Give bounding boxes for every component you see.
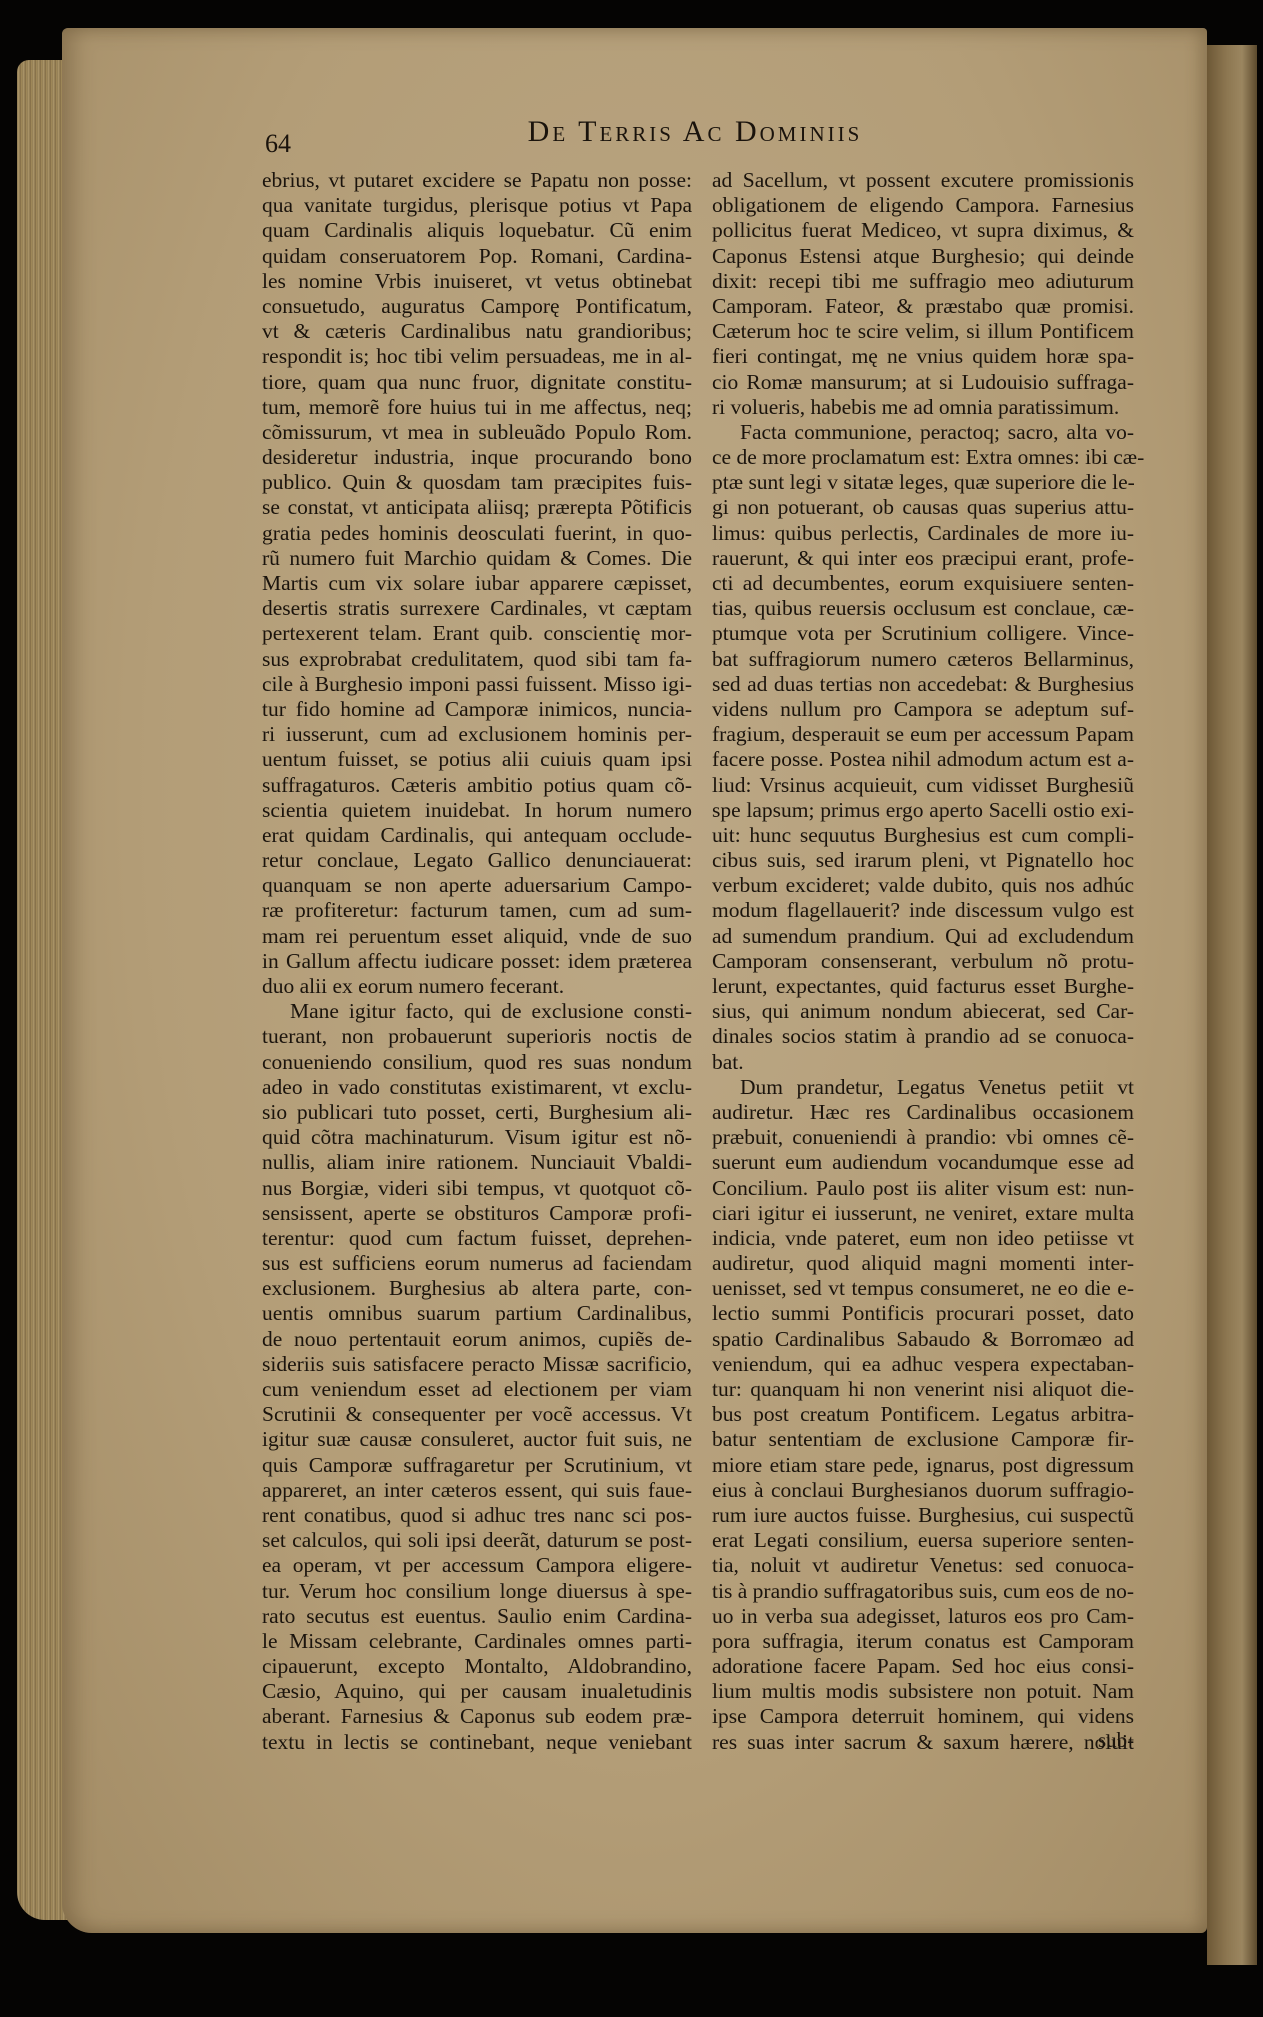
text-line: vt & cæteris Cardinalibus natu grandiori… bbox=[262, 319, 692, 344]
text-line: ptumque vota per Scrutinium colligere. V… bbox=[712, 621, 1134, 646]
text-line: ri iusserunt, cum ad exclusionem hominis… bbox=[262, 722, 692, 747]
text-line: le Missam celebrante, Cardinales omnes p… bbox=[262, 1629, 692, 1654]
text-line: terentur: quod cum factum fuisset, depre… bbox=[262, 1226, 692, 1251]
text-line: erat quidam Cardinalis, qui antequam occ… bbox=[262, 823, 692, 848]
text-line: spatio Cardinalibus Sabaudo & Borromæo a… bbox=[712, 1327, 1134, 1352]
text-line: uo in verba sua adegisset, laturos eos p… bbox=[712, 1604, 1134, 1629]
text-line: desideretur industria, inque procurando … bbox=[262, 445, 692, 470]
text-line: limus: quibus perlectis, Cardinales de m… bbox=[712, 521, 1134, 546]
text-line: rauerunt, & qui inter eos præcipui erant… bbox=[712, 546, 1134, 571]
text-line: rent conatibus, quod si adhuc tres nanc … bbox=[262, 1503, 692, 1528]
text-line: lerunt, expectantes, quid facturus esset… bbox=[712, 974, 1134, 999]
text-line: tiore, quam qua nunc fruor, dignitate co… bbox=[262, 370, 692, 395]
text-line: nus Borgiæ, videri sibi tempus, vt quotq… bbox=[262, 1176, 692, 1201]
text-line: tum, memorẽ fore huius tui in me affectu… bbox=[262, 395, 692, 420]
text-line: bus post creatum Pontificem. Legatus arb… bbox=[712, 1402, 1134, 1427]
text-line: quanquam se non aperte aduersarium Campo… bbox=[262, 873, 692, 898]
text-line: de nouo pertentauit eorum animos, cupiẽs… bbox=[262, 1327, 692, 1352]
text-line: ipse Campora deterruit hominem, qui vide… bbox=[712, 1704, 1134, 1729]
text-line: fieri contingat, mę ne vnius quidem horæ… bbox=[712, 344, 1134, 369]
text-line: sus est sufficiens eorum numerus ad faci… bbox=[262, 1251, 692, 1276]
text-line: ad sumendum prandium. Qui ad excludendum bbox=[712, 924, 1134, 949]
text-line: tis à prandio suffragatoribus suis, cum … bbox=[712, 1579, 1134, 1604]
text-line: adeo in vado constitutas existimarent, v… bbox=[262, 1075, 692, 1100]
text-line: miore etiam stare pede, ignarus, post di… bbox=[712, 1453, 1134, 1478]
text-line: mam rei peruentum esset aliquid, vnde de… bbox=[262, 924, 692, 949]
left-text-column: ebrius, vt putaret excidere se Papatu no… bbox=[262, 168, 692, 1755]
text-line: gi non potuerant, ob causas quas superiu… bbox=[712, 495, 1134, 520]
text-line: sio publicari tuto posset, certi, Burghe… bbox=[262, 1100, 692, 1125]
text-line: pora suffragia, iterum conatus est Campo… bbox=[712, 1629, 1134, 1654]
text-line: exclusionem. Burghesius ab altera parte,… bbox=[262, 1276, 692, 1301]
text-line: pollicitus fuerat Mediceo, vt supra dixi… bbox=[712, 218, 1134, 243]
text-line: dixit: recepi tibi me suffragio meo adiu… bbox=[712, 269, 1134, 294]
text-line: Facta communione, peractoq; sacro, alta … bbox=[712, 420, 1134, 445]
text-line: textu in lectis se continebant, neque ve… bbox=[262, 1730, 692, 1755]
text-line: rũ numero fuit Marchio quidam & Comes. D… bbox=[262, 546, 692, 571]
text-line: Mane igitur facto, qui de exclusione con… bbox=[262, 999, 692, 1024]
text-line: aberant. Farnesius & Caponus sub eodem p… bbox=[262, 1704, 692, 1729]
text-line: les nomine Vrbis inuiseret, vt vetus obt… bbox=[262, 269, 692, 294]
text-line: præbuit, conueniendi à prandio: vbi omne… bbox=[712, 1125, 1134, 1150]
text-line: duo alii ex eorum numero fecerant. bbox=[262, 974, 692, 999]
text-line: quam Cardinalis aliquis loquebatur. Cũ e… bbox=[262, 218, 692, 243]
text-line: sed ad duas tertias non accedebat: & Bur… bbox=[712, 672, 1134, 697]
text-line: cibus suis, sed irarum pleni, vt Pignate… bbox=[712, 848, 1134, 873]
text-line: ce de more proclamatum est: Extra omnes:… bbox=[712, 445, 1134, 470]
text-line: fragium, desperauit se eum per accessum … bbox=[712, 722, 1134, 747]
text-line: tur: quanquam hi non venerint nisi aliqu… bbox=[712, 1377, 1134, 1402]
book-spine-edge bbox=[1207, 45, 1257, 1965]
text-line: quis Camporæ suffragaretur per Scrutiniu… bbox=[262, 1453, 692, 1478]
running-title: De Terris Ac Dominiis bbox=[255, 115, 1135, 149]
text-line: cile à Burghesio imponi passi fuissent. … bbox=[262, 672, 692, 697]
text-line: suerunt eum audiendum vocandumque esse a… bbox=[712, 1150, 1134, 1175]
text-line: retur conclaue, Legato Gallico denunciau… bbox=[262, 848, 692, 873]
text-line: igitur suæ causæ consuleret, auctor fuit… bbox=[262, 1427, 692, 1452]
right-text-column: ad Sacellum, vt possent excutere promiss… bbox=[712, 168, 1134, 1755]
text-line: sideriis suis satisfacere peracto Missæ … bbox=[262, 1352, 692, 1377]
text-line: audiretur, quod aliquid magni momenti in… bbox=[712, 1251, 1134, 1276]
text-line: cipauerunt, excepto Montalto, Aldobrandi… bbox=[262, 1654, 692, 1679]
text-line: ciari igitur ei iusserunt, ne veniret, e… bbox=[712, 1201, 1134, 1226]
text-line: uentum fuisset, se potius alii cuiuis qu… bbox=[262, 747, 692, 772]
text-line: quid cõtra machinaturum. Visum igitur es… bbox=[262, 1125, 692, 1150]
text-line: appareret, an inter cæteros essent, qui … bbox=[262, 1478, 692, 1503]
text-line: audiretur. Hæc res Cardinalibus occasion… bbox=[712, 1100, 1134, 1125]
text-line: bat suffragiorum numero cæteros Bellarmi… bbox=[712, 647, 1134, 672]
text-line: Scrutinii & consequenter per vocẽ access… bbox=[262, 1402, 692, 1427]
text-line: publico. Quin & quosdam tam præcipites f… bbox=[262, 470, 692, 495]
text-line: uentis omnibus suarum partium Cardinalib… bbox=[262, 1301, 692, 1326]
text-line: spe lapsum; primus ergo aperto Sacelli o… bbox=[712, 798, 1134, 823]
text-line: desertis stratis surrexere Cardinales, v… bbox=[262, 596, 692, 621]
text-line: sus exprobrabat credulitatem, quod sibi … bbox=[262, 647, 692, 672]
text-line: tur fido homine ad Camporæ inimicos, nun… bbox=[262, 697, 692, 722]
text-line: Concilium. Paulo post iis aliter visum e… bbox=[712, 1176, 1134, 1201]
text-line: se constat, vt anticipata aliisq; prærep… bbox=[262, 495, 692, 520]
text-line: ad Sacellum, vt possent excutere promiss… bbox=[712, 168, 1134, 193]
text-line: tia, noluit vt audiretur Venetus: sed co… bbox=[712, 1553, 1134, 1578]
text-line: suffragaturos. Cæteris ambitio potius qu… bbox=[262, 773, 692, 798]
text-line: pertexerent telam. Erant quib. conscient… bbox=[262, 621, 692, 646]
text-line: lectio summi Pontificis procurari posset… bbox=[712, 1301, 1134, 1326]
text-line: facere posse. Postea nihil admodum actum… bbox=[712, 747, 1134, 772]
text-line: Cæsio, Aquino, qui per causam inualetudi… bbox=[262, 1679, 692, 1704]
text-line: Cæterum hoc te scire velim, si illum Pon… bbox=[712, 319, 1134, 344]
text-line: dinales socios statim à prandio ad se co… bbox=[712, 1024, 1134, 1049]
text-line: in Gallum affectu iudicare posset: idem … bbox=[262, 949, 692, 974]
text-line: bat. bbox=[712, 1050, 1134, 1075]
text-line: Camporam consenserant, verbulum nõ protu… bbox=[712, 949, 1134, 974]
text-line: veniendum, qui ea adhuc vespera expectab… bbox=[712, 1352, 1134, 1377]
text-line: modum flagellauerit? inde discessum vulg… bbox=[712, 898, 1134, 923]
text-line: verbum excideret; valde dubito, quis nos… bbox=[712, 873, 1134, 898]
text-line: nullis, aliam inire rationem. Nunciauit … bbox=[262, 1150, 692, 1175]
text-line: tias, quibus reuersis occlusum est concl… bbox=[712, 596, 1134, 621]
text-line: ræ profiteretur: facturum tamen, cum ad … bbox=[262, 898, 692, 923]
text-line: Dum prandetur, Legatus Venetus petiit vt bbox=[712, 1075, 1134, 1100]
text-line: res suas inter sacrum & saxum hærere, no… bbox=[712, 1730, 1134, 1755]
catchword: sub- bbox=[1098, 1728, 1134, 1753]
text-line: ebrius, vt putaret excidere se Papatu no… bbox=[262, 168, 692, 193]
text-line: Caponus Estensi atque Burghesio; qui dei… bbox=[712, 244, 1134, 269]
text-line: conueniendo consilium, quod res suas non… bbox=[262, 1050, 692, 1075]
text-line: lium multis modis subsistere non potuit.… bbox=[712, 1679, 1134, 1704]
text-line: respondit is; hoc tibi velim persuadeas,… bbox=[262, 344, 692, 369]
text-line: tuerant, non probauerunt superioris noct… bbox=[262, 1024, 692, 1049]
text-line: cti ad decumbentes, eorum exquisiuere se… bbox=[712, 571, 1134, 596]
text-line: eius à conclaui Burghesianos duorum suff… bbox=[712, 1478, 1134, 1503]
text-line: scientia quietem inuidebat. In horum num… bbox=[262, 798, 692, 823]
text-line: ri volueris, habebis me ad omnia paratis… bbox=[712, 395, 1134, 420]
text-line: indicia, vnde pateret, eum non ideo peti… bbox=[712, 1226, 1134, 1251]
text-line: obligationem de eligendo Campora. Farnes… bbox=[712, 193, 1134, 218]
text-line: cõmissurum, vt mea in subleuãdo Populo R… bbox=[262, 420, 692, 445]
text-line: set calculos, qui soli ipsi deerãt, datu… bbox=[262, 1528, 692, 1553]
text-line: videns nullum pro Campora se adeptum suf… bbox=[712, 697, 1134, 722]
text-line: Martis cum vix solare iubar apparere cæp… bbox=[262, 571, 692, 596]
text-line: sensissent, aperte se obstituros Camporæ… bbox=[262, 1201, 692, 1226]
text-line: liud: Vrsinus acquieuit, cum vidisset Bu… bbox=[712, 773, 1134, 798]
text-line: ea operam, vt per accessum Campora elige… bbox=[262, 1553, 692, 1578]
text-line: ptæ sunt legi v sitatæ leges, quæ superi… bbox=[712, 470, 1134, 495]
text-line: cum veniendum esset ad electionem per vi… bbox=[262, 1377, 692, 1402]
text-line: cio Romæ mansurum; at si Ludouisio suffr… bbox=[712, 370, 1134, 395]
text-line: quidam conseruatorem Pop. Romani, Cardin… bbox=[262, 244, 692, 269]
text-line: adoratione facere Papam. Sed hoc eius co… bbox=[712, 1654, 1134, 1679]
text-line: rato secutus est euentus. Saulio enim Ca… bbox=[262, 1604, 692, 1629]
text-line: sius, qui animum nondum abiecerat, sed C… bbox=[712, 999, 1134, 1024]
running-head: 64 De Terris Ac Dominiis bbox=[255, 115, 1135, 155]
text-line: gratia pedes hominis deosculati fuerint,… bbox=[262, 521, 692, 546]
text-line: uit: hunc sequutus Burghesius est cum co… bbox=[712, 823, 1134, 848]
text-line: consuetudo, auguratus Camporę Pontificat… bbox=[262, 294, 692, 319]
text-line: Camporam. Fateor, & præstabo quæ promisi… bbox=[712, 294, 1134, 319]
text-line: batur sententiam de exclusione Camporæ f… bbox=[712, 1427, 1134, 1452]
text-line: rum iure auctos fuisse. Burghesius, cui … bbox=[712, 1503, 1134, 1528]
text-line: tur. Verum hoc consilium longe diuersus … bbox=[262, 1579, 692, 1604]
text-line: qua vanitate turgidus, plerisque potius … bbox=[262, 193, 692, 218]
text-line: erat Legati consilium, euersa superiore … bbox=[712, 1528, 1134, 1553]
text-line: uenisset, sed vt tempus consumeret, ne e… bbox=[712, 1276, 1134, 1301]
